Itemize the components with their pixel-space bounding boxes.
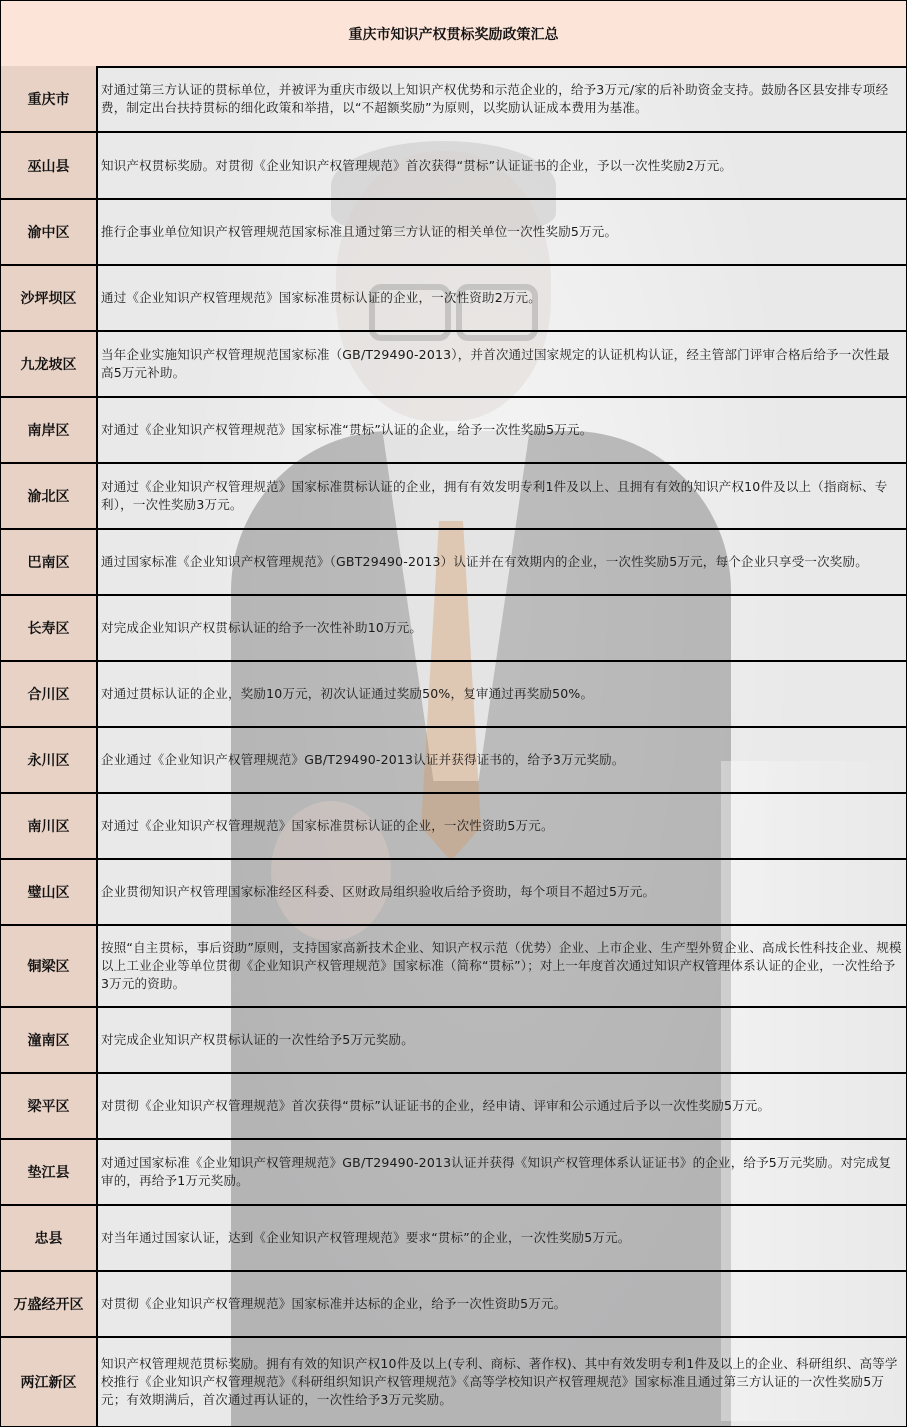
table-row: 巫山县 知识产权贯标奖励。对贯彻《企业知识产权管理规范》首次获得“贯标”认证证书… <box>1 133 906 200</box>
region-label: 渝中区 <box>1 200 98 264</box>
table-row: 九龙坡区 当年企业实施知识产权管理规范国家标准（GB/T29490-2013），… <box>1 332 906 398</box>
policy-text: 对贯彻《企业知识产权管理规范》国家标准并达标的企业，给予一次性资助5万元。 <box>98 1272 906 1336</box>
table-row: 南岸区 对通过《企业知识产权管理规范》国家标准“贯标”认证的企业，给予一次性奖励… <box>1 398 906 464</box>
policy-text: 通过《企业知识产权管理规范》国家标准贯标认证的企业，一次性资助2万元。 <box>98 266 906 330</box>
table-row: 梁平区 对贯彻《企业知识产权管理规范》首次获得“贯标”认证证书的企业，经申请、评… <box>1 1074 906 1140</box>
region-label: 九龙坡区 <box>1 332 98 396</box>
policy-text: 当年企业实施知识产权管理规范国家标准（GB/T29490-2013），并首次通过… <box>98 332 906 396</box>
policy-table: 重庆市知识产权贯标奖励政策汇总 重庆市 对通过第三方认证的贯标单位，并被评为重庆… <box>0 0 907 1427</box>
policy-text: 对通过国家标准《企业知识产权管理规范》GB/T29490-2013认证并获得《知… <box>98 1140 906 1204</box>
policy-text: 对完成企业知识产权贯标认证的给予一次性补助10万元。 <box>98 596 906 660</box>
table-row: 璧山区 企业贯彻知识产权管理国家标准经区科委、区财政局组织验收后给予资助，每个项… <box>1 860 906 926</box>
policy-text: 对通过《企业知识产权管理规范》国家标准贯标认证的企业，一次性资助5万元。 <box>98 794 906 858</box>
policy-text: 知识产权贯标奖励。对贯彻《企业知识产权管理规范》首次获得“贯标”认证证书的企业，… <box>98 133 906 198</box>
region-label: 铜梁区 <box>1 926 98 1006</box>
table-row: 两江新区 知识产权管理规范贯标奖励。拥有有效的知识产权10件及以上(专利、商标、… <box>1 1338 906 1426</box>
table-row: 垫江县 对通过国家标准《企业知识产权管理规范》GB/T29490-2013认证并… <box>1 1140 906 1206</box>
table-row: 合川区 对通过贯标认证的企业，奖励10万元，初次认证通过奖励50%，复审通过再奖… <box>1 662 906 728</box>
region-label: 合川区 <box>1 662 98 726</box>
table-row: 沙坪坝区 通过《企业知识产权管理规范》国家标准贯标认证的企业，一次性资助2万元。 <box>1 266 906 332</box>
region-label: 万盛经开区 <box>1 1272 98 1336</box>
region-label: 南岸区 <box>1 398 98 462</box>
region-label: 重庆市 <box>1 66 98 131</box>
policy-text: 对贯彻《企业知识产权管理规范》首次获得“贯标”认证证书的企业，经申请、评审和公示… <box>98 1074 906 1138</box>
table-row: 万盛经开区 对贯彻《企业知识产权管理规范》国家标准并达标的企业，给予一次性资助5… <box>1 1272 906 1338</box>
region-label: 忠县 <box>1 1206 98 1270</box>
policy-text: 企业通过《企业知识产权管理规范》GB/T29490-2013认证并获得证书的，给… <box>98 728 906 792</box>
policy-text: 对完成企业知识产权贯标认证的一次性给予5万元奖励。 <box>98 1008 906 1072</box>
region-label: 巴南区 <box>1 530 98 594</box>
table-row: 渝北区 对通过《企业知识产权管理规范》国家标准贯标认证的企业，拥有有效发明专利1… <box>1 464 906 530</box>
policy-text: 推行企事业单位知识产权管理规范国家标准且通过第三方认证的相关单位一次性奖励5万元… <box>98 200 906 264</box>
region-label: 渝北区 <box>1 464 98 528</box>
region-label: 两江新区 <box>1 1338 98 1426</box>
policy-text: 通过国家标准《企业知识产权管理规范》（GBT29490-2013）认证并在有效期… <box>98 530 906 594</box>
region-label: 璧山区 <box>1 860 98 924</box>
region-label: 长寿区 <box>1 596 98 660</box>
region-label: 垫江县 <box>1 1140 98 1204</box>
table-row: 潼南区 对完成企业知识产权贯标认证的一次性给予5万元奖励。 <box>1 1008 906 1074</box>
policy-text: 对通过贯标认证的企业，奖励10万元，初次认证通过奖励50%，复审通过再奖励50%… <box>98 662 906 726</box>
policy-text: 知识产权管理规范贯标奖励。拥有有效的知识产权10件及以上(专利、商标、著作权)、… <box>98 1338 906 1426</box>
table-row: 忠县 对当年通过国家认证，达到《企业知识产权管理规范》要求“贯标”的企业，一次性… <box>1 1206 906 1272</box>
policy-text: 对当年通过国家认证，达到《企业知识产权管理规范》要求“贯标”的企业，一次性奖励5… <box>98 1206 906 1270</box>
policy-text: 对通过《企业知识产权管理规范》国家标准贯标认证的企业，拥有有效发明专利1件及以上… <box>98 464 906 528</box>
region-label: 巫山县 <box>1 133 98 198</box>
table-row: 重庆市 对通过第三方认证的贯标单位，并被评为重庆市级以上知识产权优势和示范企业的… <box>1 66 906 133</box>
table-row: 巴南区 通过国家标准《企业知识产权管理规范》（GBT29490-2013）认证并… <box>1 530 906 596</box>
policy-text: 企业贯彻知识产权管理国家标准经区科委、区财政局组织验收后给予资助，每个项目不超过… <box>98 860 906 924</box>
table-title: 重庆市知识产权贯标奖励政策汇总 <box>1 1 906 68</box>
region-label: 梁平区 <box>1 1074 98 1138</box>
region-label: 南川区 <box>1 794 98 858</box>
policy-text: 对通过《企业知识产权管理规范》国家标准“贯标”认证的企业，给予一次性奖励5万元。 <box>98 398 906 462</box>
region-label: 沙坪坝区 <box>1 266 98 330</box>
table-row: 铜梁区 按照“自主贯标，事后资助”原则，支持国家高新技术企业、知识产权示范（优势… <box>1 926 906 1008</box>
policy-text: 按照“自主贯标，事后资助”原则，支持国家高新技术企业、知识产权示范（优势）企业、… <box>98 926 906 1006</box>
table-row: 永川区 企业通过《企业知识产权管理规范》GB/T29490-2013认证并获得证… <box>1 728 906 794</box>
region-label: 潼南区 <box>1 1008 98 1072</box>
region-label: 永川区 <box>1 728 98 792</box>
table-row: 长寿区 对完成企业知识产权贯标认证的给予一次性补助10万元。 <box>1 596 906 662</box>
table-row: 渝中区 推行企事业单位知识产权管理规范国家标准且通过第三方认证的相关单位一次性奖… <box>1 200 906 266</box>
policy-text: 对通过第三方认证的贯标单位，并被评为重庆市级以上知识产权优势和示范企业的，给予3… <box>98 66 906 131</box>
table-row: 南川区 对通过《企业知识产权管理规范》国家标准贯标认证的企业，一次性资助5万元。 <box>1 794 906 860</box>
